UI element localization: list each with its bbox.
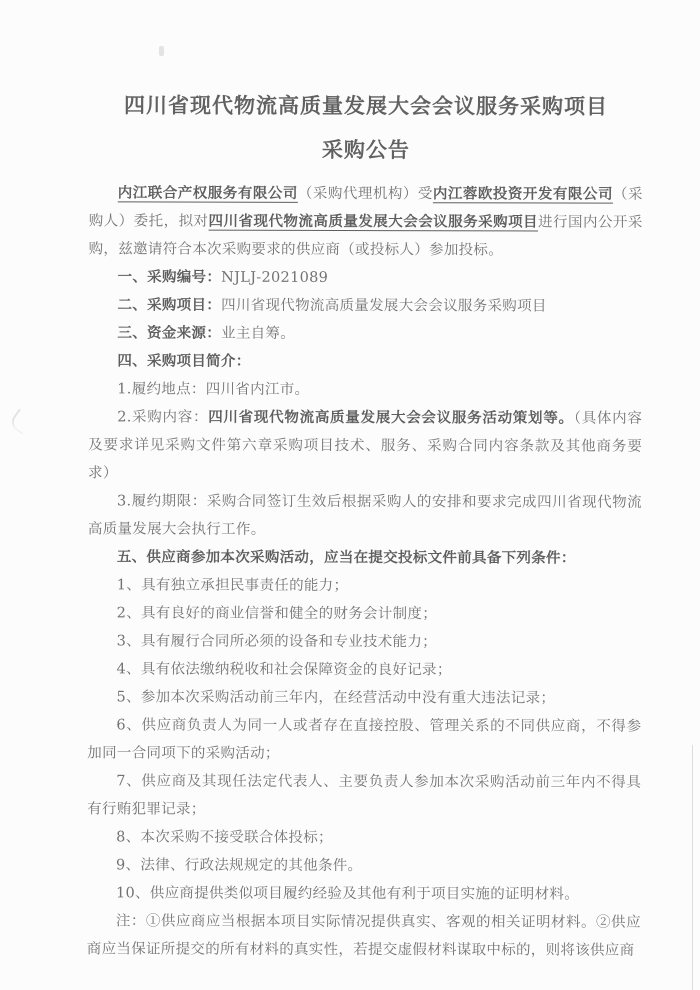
purchaser-name: 内江蓉欧投资开发有限公司 — [433, 185, 613, 202]
project-name: 四川省现代物流高质量发展大会会议服务采购项目 — [209, 213, 539, 231]
funding-source-label: 三、资金来源： — [117, 324, 221, 341]
document-sheet: 四川省现代物流高质量发展大会会议服务采购项目 采购公告 内江联合产权服务有限公司… — [0, 0, 700, 990]
overview-content-label: 2.采购内容： — [117, 409, 208, 425]
overview-item-location: 1.履约地点：四川省内江市。 — [88, 375, 642, 404]
condition-item-9: 9、法律、行政法规规定的其他条件。 — [87, 851, 641, 880]
overview-item-content: 2.采购内容：四川省现代物流高质量发展大会会议服务活动策划等。（具体内容及要求详… — [88, 403, 642, 488]
condition-item-10: 10、供应商提供类似项目履约经验及其他有利于项目实施的证明材料。 — [87, 879, 641, 908]
condition-item-7: 7、供应商及其现任法定代表人、主要负责人参加本次采购活动前三年内不得具有行贿犯罪… — [87, 767, 641, 824]
section-purchase-project: 二、采购项目：四川省现代物流高质量发展大会会议服务采购项目 — [88, 291, 642, 320]
purchase-project-label: 二、采购项目： — [117, 296, 221, 313]
purchase-number-label: 一、采购编号： — [118, 268, 222, 285]
note-paragraph: 注：①供应商应当根据本项目实际情况提供真实、客观的相关证明材料。②供应商应当保证… — [87, 907, 641, 964]
funding-source-value: 业主自筹。 — [221, 326, 295, 342]
intro-paragraph: 内江联合产权服务有限公司（采购代理机构）受内江蓉欧投资开发有限公司（采购人）委托… — [89, 179, 643, 264]
condition-item-5: 5、参加本次采购活动前三年内，在经营活动中没有重大违法记录； — [87, 683, 641, 712]
agency-role: （采购代理机构）受 — [298, 186, 433, 202]
purchase-number-value: NJLJ-2021089 — [221, 270, 328, 286]
condition-item-6: 6、供应商负责人为同一人或者存在直接控股、管理关系的不同供应商，不得参加同一合同… — [87, 711, 641, 768]
section-purchase-number: 一、采购编号：NJLJ-2021089 — [89, 263, 643, 292]
section-conditions-heading: 五、供应商参加本次采购活动，应当在提交投标文件前具备下列条件： — [88, 543, 642, 572]
overview-content-value: 四川省现代物流高质量发展大会会议服务活动策划等。 — [208, 409, 574, 427]
purchase-project-value: 四川省现代物流高质量发展大会会议服务采购项目 — [221, 298, 547, 315]
condition-item-2: 2、具有良好的商业信誉和健全的财务会计制度； — [88, 599, 642, 628]
condition-item-4: 4、具有依法缴纳税收和社会保障资金的良好记录； — [88, 655, 642, 684]
condition-item-3: 3、具有履行合同所必须的设备和专业技术能力； — [88, 627, 642, 656]
scanned-document-page: 四川省现代物流高质量发展大会会议服务采购项目 采购公告 内江联合产权服务有限公司… — [0, 0, 700, 990]
overview-item-term: 3.履约期限：采购合同签订生效后根据采购人的安排和要求完成四川省现代物流高质量发… — [88, 487, 642, 544]
condition-item-8: 8、本次采购不接受联合体投标； — [87, 823, 641, 852]
section-funding-source: 三、资金来源：业主自筹。 — [88, 319, 642, 348]
section-overview-heading: 四、采购项目简介： — [88, 347, 642, 376]
agency-name: 内江联合产权服务有限公司 — [118, 184, 298, 201]
document-body: 内江联合产权服务有限公司（采购代理机构）受内江蓉欧投资开发有限公司（采购人）委托… — [87, 179, 643, 964]
condition-item-1: 1、具有独立承担民事责任的能力； — [88, 571, 642, 600]
document-title-line2: 采购公告 — [89, 127, 643, 172]
document-title-line1: 四川省现代物流高质量发展大会会议服务采购项目 — [89, 83, 643, 128]
